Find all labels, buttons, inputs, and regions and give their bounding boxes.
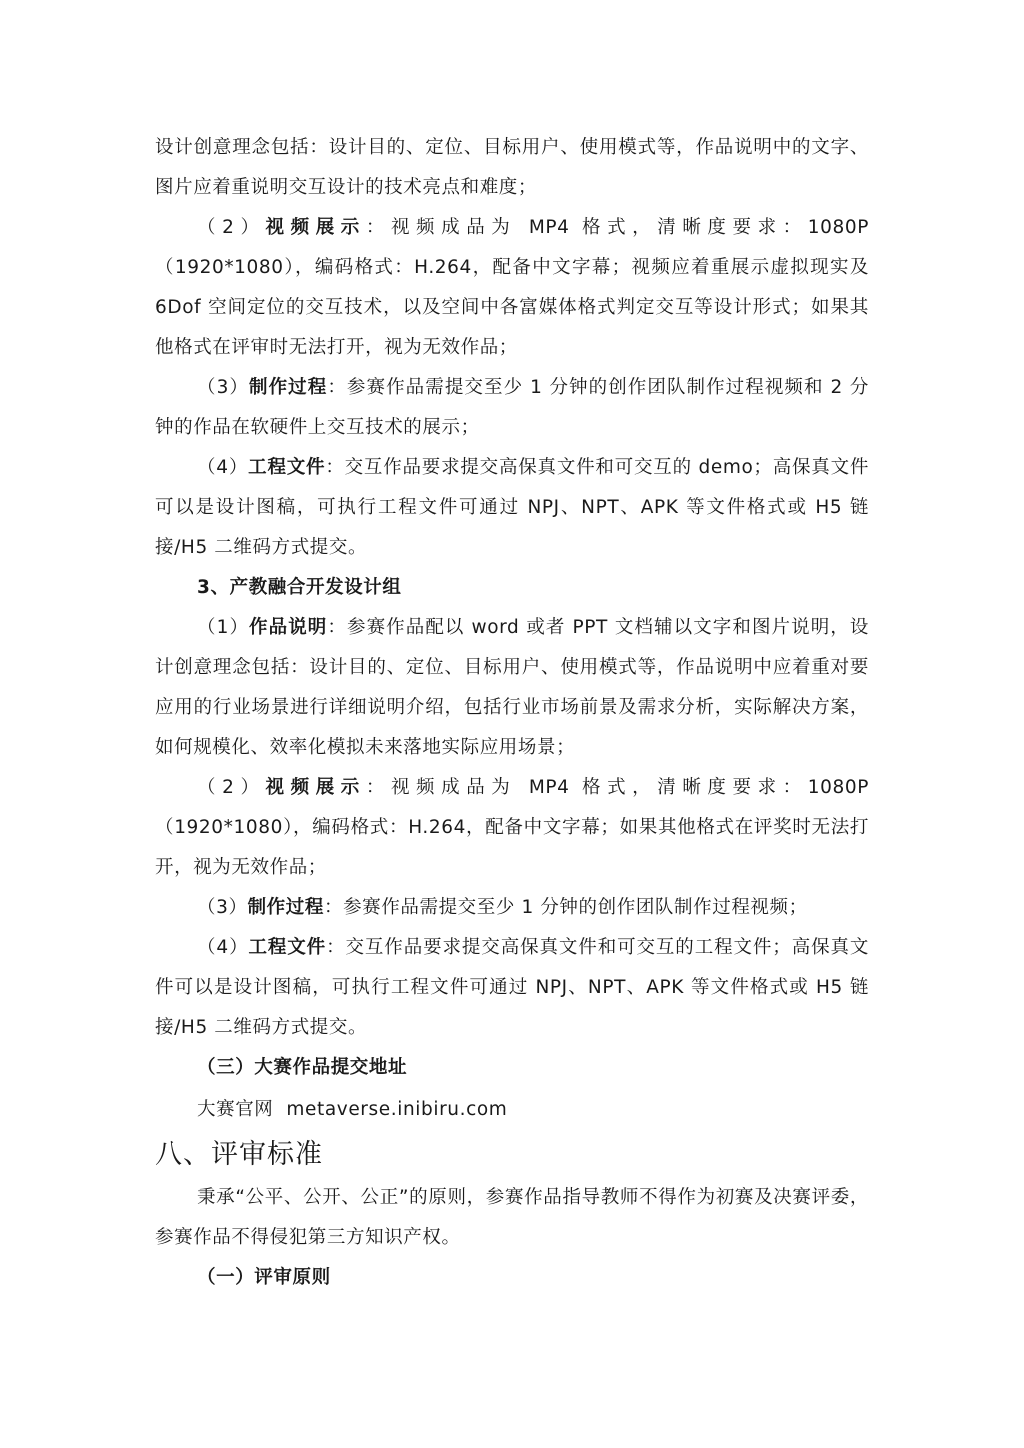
item-prefix: （4） [197, 937, 248, 958]
paragraph-review-principle-intro: 秉承“公平、公开、公正”的原则，参赛作品指导教师不得作为初赛及决赛评委，参赛作品… [155, 1178, 869, 1258]
item-production-process: （3）制作过程：参赛作品需提交至少 1 分钟的创作团队制作过程视频和 2 分钟的… [155, 368, 869, 448]
item-text: ：参赛作品配以 word 或者 PPT 文档辅以文字和图片说明，设计创意理念包括… [155, 617, 869, 758]
item-project-files: （4）工程文件：交互作品要求提交高保真文件和可交互的 demo；高保真文件可以是… [155, 448, 869, 568]
paragraph-design-concept: 设计创意理念包括：设计目的、定位、目标用户、使用模式等，作品说明中的文字、图片应… [155, 128, 869, 208]
item-production-process-2: （3）制作过程：参赛作品需提交至少 1 分钟的创作团队制作过程视频； [155, 888, 869, 928]
document-page: 设计创意理念包括：设计目的、定位、目标用户、使用模式等，作品说明中的文字、图片应… [155, 128, 869, 1298]
item-work-description: （1）作品说明：参赛作品配以 word 或者 PPT 文档辅以文字和图片说明，设… [155, 608, 869, 768]
item-prefix: （3） [197, 897, 248, 918]
subheading-industry-education-group: 3、产教融合开发设计组 [155, 568, 869, 608]
item-label: 制作过程 [248, 897, 324, 918]
item-video-display: （2）视频展示：视频成品为 MP4 格式，清晰度要求：1080P（1920*10… [155, 208, 869, 368]
item-label: 工程文件 [248, 457, 325, 478]
item-project-files-2: （4）工程文件：交互作品要求提交高保真文件和可交互的工程文件；高保真文件可以是设… [155, 928, 869, 1048]
official-site-url[interactable]: metaverse.inibiru.com [286, 1099, 507, 1120]
official-site-label: 大赛官网 [197, 1099, 273, 1120]
item-prefix: （1） [197, 617, 249, 638]
item-label: 视频展示 [266, 217, 366, 238]
section-heading-review-criteria: 八、评审标准 [155, 1132, 869, 1178]
item-prefix: （4） [197, 457, 248, 478]
item-video-display-2: （2）视频展示：视频成品为 MP4 格式，清晰度要求：1080P（1920*10… [155, 768, 869, 888]
item-label: 工程文件 [248, 937, 326, 958]
item-label: 作品说明 [249, 617, 327, 638]
item-label: 视频展示 [266, 777, 366, 798]
item-text: ：参赛作品需提交至少 1 分钟的创作团队制作过程视频； [324, 897, 808, 918]
subheading-submission-address: （三）大赛作品提交地址 [155, 1048, 869, 1088]
item-prefix: （2） [197, 777, 266, 798]
item-text: ：视频成品为 MP4 格式，清晰度要求：1080P（1920*1080），编码格… [155, 217, 869, 358]
official-site-line: 大赛官网 metaverse.inibiru.com [155, 1088, 869, 1132]
item-prefix: （3） [197, 377, 249, 398]
subheading-review-principles: （一）评审原则 [155, 1258, 869, 1298]
item-prefix: （2） [197, 217, 266, 238]
item-label: 制作过程 [249, 377, 327, 398]
